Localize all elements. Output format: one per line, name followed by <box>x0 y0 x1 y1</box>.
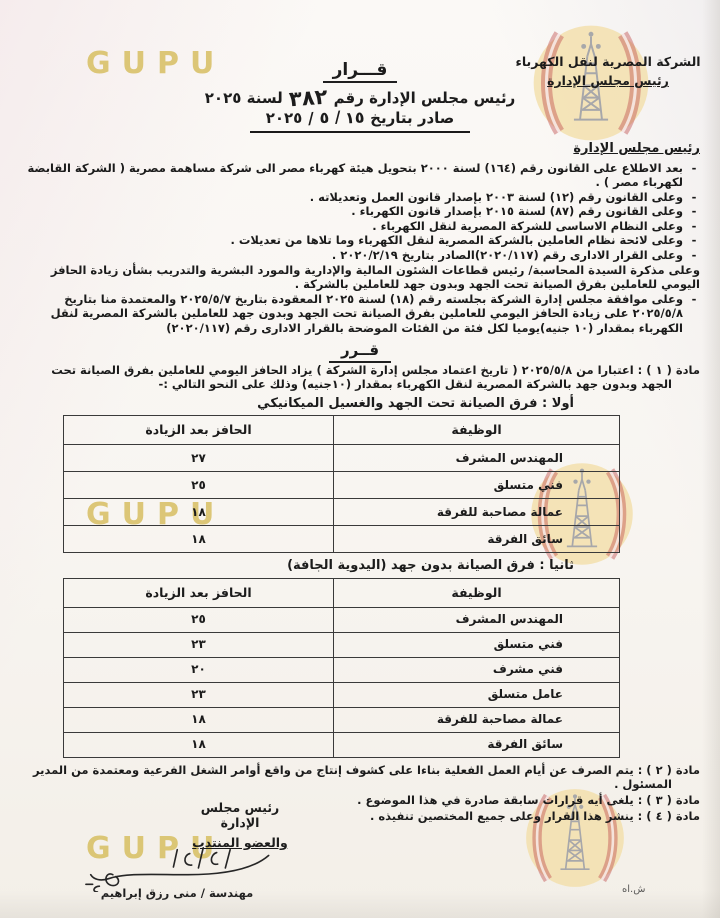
decree-body: رئيس مجلس الإدارة - بعد الاطلاع على القا… <box>20 141 700 824</box>
table-row: عامل متسلق ٢٣ <box>64 682 620 707</box>
incentive-table-no-voltage: الوظيفة الحافز بعد الزيادة المهندس المشر… <box>63 578 620 758</box>
job-cell: فني مشرف <box>334 657 620 682</box>
signatory-name: مهندسة / منى رزق إبراهيم <box>86 886 268 900</box>
issue-date-prefix: صادر بتاريخ <box>370 109 454 127</box>
job-cell: فني متسلق <box>334 472 620 499</box>
job-cell: فني متسلق <box>334 632 620 657</box>
preamble-item-text: وعلى مذكرة السيدة المحاسبة/ رئيس قطاعات … <box>51 263 700 292</box>
incentive-cell: ١٨ <box>64 499 334 526</box>
table-row: المهندس المشرف ٢٧ <box>64 445 620 472</box>
bullet-dash: - <box>688 248 700 263</box>
incentive-cell: ٢٣ <box>64 632 334 657</box>
incentive-cell: ٢٥ <box>64 607 334 632</box>
bullet-dash: - <box>688 292 700 336</box>
scanned-decree-page: GUPU GUPU GUPU الشركة المصرية لنقل الكهر… <box>0 0 720 918</box>
job-cell: سائق الفرقة <box>334 526 620 553</box>
incentive-cell: ٢٠ <box>64 657 334 682</box>
job-cell: المهندس المشرف <box>334 445 620 472</box>
preamble-item: - بعد الاطلاع على القانون رقم (١٦٤) لسنة… <box>20 161 700 190</box>
incentive-cell: ٢٧ <box>64 445 334 472</box>
decision-word-line: قــرر <box>20 341 700 360</box>
decree-title-block: قـــرار رئيس مجلس الإدارة رقم ٣٨٢ لسنة ٢… <box>0 60 720 133</box>
job-cell: عمالة مصاحبة للفرقة <box>334 707 620 732</box>
decision-word: قــرر <box>329 341 391 363</box>
incentive-cell: ١٨ <box>64 526 334 553</box>
preamble-item-text: وعلى لائحة نظام العاملين بالشركة المصرية… <box>20 233 683 248</box>
preamble-item-text: بعد الاطلاع على القانون رقم (١٦٤) لسنة ٢… <box>20 161 683 190</box>
preamble-item: وعلى مذكرة السيدة المحاسبة/ رئيس قطاعات … <box>20 263 700 292</box>
table-row: عمالة مصاحبة للفرقة ١٨ <box>64 707 620 732</box>
job-column-header: الوظيفة <box>334 578 620 607</box>
job-column-header: الوظيفة <box>334 416 620 445</box>
preamble-item-text: وعلى القانون رقم (١٢) لسنة ٢٠٠٣ بإصدار ق… <box>20 190 683 205</box>
preamble-heading: رئيس مجلس الإدارة <box>20 141 700 158</box>
table-row: المهندس المشرف ٢٥ <box>64 607 620 632</box>
bullet-dash: - <box>688 190 700 205</box>
preamble-item-text: وعلى القانون رقم (٨٧) لسنة ٢٠١٥ بإصدار ق… <box>20 204 683 219</box>
preamble-item: - وعلى النظام الاساسى للشركة المصرية لنق… <box>20 219 700 234</box>
table-row: سائق الفرقة ١٨ <box>64 526 620 553</box>
article-1: مادة ( ١ ) : اعتبارا من ٢٠٢٥/٥/٨ ( تاريخ… <box>20 363 700 392</box>
bullet-dash: - <box>688 219 700 234</box>
signature-title-chairman: رئيس مجلس الإدارة <box>185 800 295 830</box>
preamble-item: - وعلى موافقة مجلس إدارة الشركة بجلسته ر… <box>20 292 700 336</box>
decree-number-prefix: رئيس مجلس الإدارة رقم <box>334 89 516 107</box>
preamble-item-text: وعلى القرار الادارى رقم (٢٠٢٠/١١٧)الصادر… <box>20 248 683 263</box>
decree-number-line: رئيس مجلس الإدارة رقم ٣٨٢ لسنة ٢٠٢٥ <box>0 84 720 108</box>
incentive-cell: ١٨ <box>64 707 334 732</box>
article-4: مادة ( ٤ ) : ينشر هذا القرار وعلى جميع ا… <box>20 809 700 824</box>
handwritten-signature <box>80 842 288 892</box>
incentive-table-under-voltage: الوظيفة الحافز بعد الزيادة المهندس المشر… <box>63 415 620 553</box>
table-row: فني مشرف ٢٠ <box>64 657 620 682</box>
decree-word: قـــرار <box>323 60 398 83</box>
job-cell: عامل متسلق <box>334 682 620 707</box>
job-cell: عمالة مصاحبة للفرقة <box>334 499 620 526</box>
article-2: مادة ( ٢ ) : يتم الصرف عن أيام العمل الف… <box>20 763 700 792</box>
issue-month-handwritten: / ٥ / <box>307 107 341 128</box>
incentive-column-header: الحافز بعد الزيادة <box>64 416 334 445</box>
section-one-title: أولا : فرق الصيانة تحت الجهد والغسيل الم… <box>20 396 574 413</box>
incentive-cell: ١٨ <box>64 732 334 757</box>
bullet-dash: - <box>688 233 700 248</box>
decree-number-suffix: لسنة ٢٠٢٥ <box>205 89 283 107</box>
preamble-item: - وعلى لائحة نظام العاملين بالشركة المصر… <box>20 233 700 248</box>
incentive-cell: ٢٥ <box>64 472 334 499</box>
issue-date-line: صادر بتاريخ ١٥ / ٥ / ٢٠٢٥ <box>250 108 471 133</box>
table-header-row: الوظيفة الحافز بعد الزيادة <box>64 416 620 445</box>
preamble-item-text: وعلى النظام الاساسى للشركة المصرية لنقل … <box>20 219 683 234</box>
preamble-item: - وعلى القانون رقم (٨٧) لسنة ٢٠١٥ بإصدار… <box>20 204 700 219</box>
bullet-dash: - <box>688 161 700 190</box>
job-cell: سائق الفرقة <box>334 732 620 757</box>
table-row: عمالة مصاحبة للفرقة ١٨ <box>64 499 620 526</box>
table-row: فني متسلق ٢٣ <box>64 632 620 657</box>
table-row: سائق الفرقة ١٨ <box>64 732 620 757</box>
incentive-cell: ٢٣ <box>64 682 334 707</box>
preamble-item: - وعلى القانون رقم (١٢) لسنة ٢٠٠٣ بإصدار… <box>20 190 700 205</box>
section-two-title: ثانيا : فرق الصيانة بدون جهد (اليدوية ال… <box>20 558 574 575</box>
table-header-row: الوظيفة الحافز بعد الزيادة <box>64 578 620 607</box>
issue-year: ٢٠٢٥ <box>266 109 303 127</box>
preamble-item: - وعلى القرار الادارى رقم (٢٠٢٠/١١٧)الصا… <box>20 248 700 263</box>
article-3: مادة ( ٣ ) : يلغى أيه قرارات سابقة صادرة… <box>20 793 700 808</box>
bullet-dash: - <box>688 204 700 219</box>
table-row: فني متسلق ٢٥ <box>64 472 620 499</box>
issue-day-handwritten: ١٥ <box>345 108 365 128</box>
incentive-column-header: الحافز بعد الزيادة <box>64 578 334 607</box>
job-cell: المهندس المشرف <box>334 607 620 632</box>
corner-annotation: ش.اه <box>622 884 645 895</box>
preamble-item-text: وعلى موافقة مجلس إدارة الشركة بجلسته رقم… <box>20 292 683 336</box>
